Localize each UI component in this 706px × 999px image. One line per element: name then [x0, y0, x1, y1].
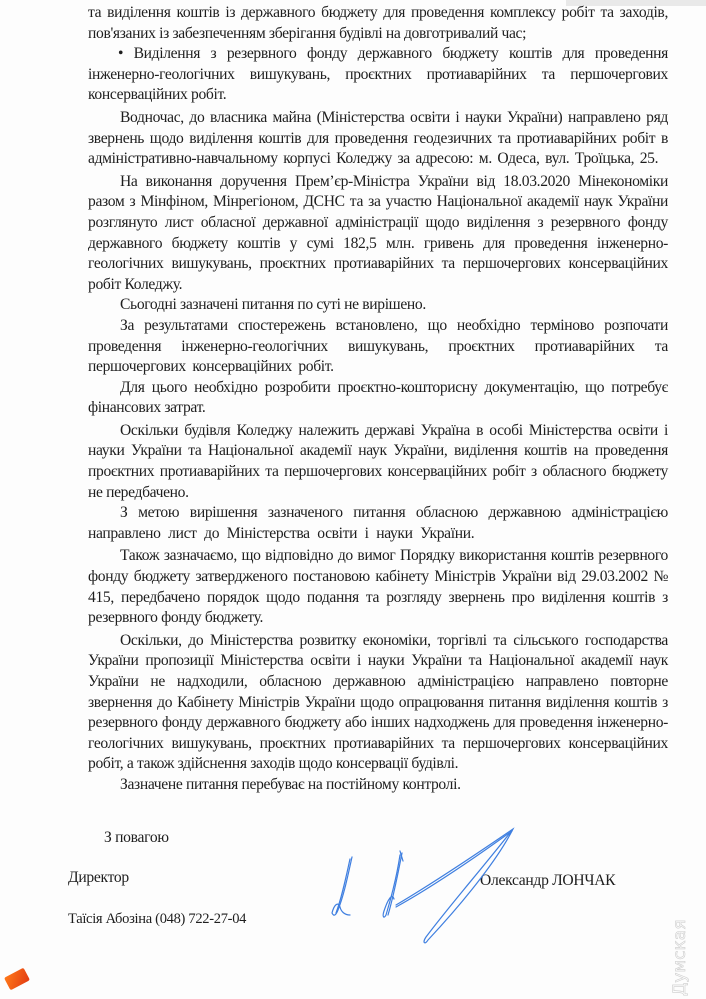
letter-body: та виділення коштів із державного бюджет…: [88, 3, 668, 796]
paragraph: Для цього необхідно розробити проєктно-к…: [88, 378, 668, 419]
closing-regards: З повагою: [104, 829, 169, 847]
document-page: та виділення коштів із державного бюджет…: [0, 0, 706, 999]
bullet-icon: •: [118, 45, 123, 62]
bullet-text: Виділення з резервного фонду державного …: [88, 45, 668, 103]
paragraph: Водночас, до власника майна (Міністерств…: [88, 108, 668, 170]
paragraph: Оскільки, до Міністерства розвитку еконо…: [88, 631, 668, 775]
signer-position: Директор: [68, 869, 129, 887]
watermark-text: Думская: [670, 908, 700, 996]
dumskaya-logo-icon: [4, 968, 30, 991]
paragraph: За результатами спостережень встановлено…: [88, 316, 668, 378]
executor-contact: Таїсія Абозіна (048) 722-27-04: [68, 911, 246, 928]
paragraph: На виконання доручення Прем’єр-Міністра …: [88, 172, 668, 296]
signature-icon: [300, 815, 530, 950]
paragraph-continuation: та виділення коштів із державного бюджет…: [88, 3, 668, 44]
paragraph: З метою вирішення зазначеного питання об…: [88, 503, 668, 544]
paragraph: Зазначене питання перебуває на постійном…: [88, 775, 668, 796]
paragraph: Також зазначаємо, що відповідно до вимог…: [88, 546, 668, 628]
paragraph: Оскільки будівля Коледжу належить держав…: [88, 421, 668, 503]
paragraph: Сьогодні зазначені питання по суті не ви…: [88, 295, 668, 316]
bullet-item: • Виділення з резервного фонду державног…: [88, 44, 668, 106]
